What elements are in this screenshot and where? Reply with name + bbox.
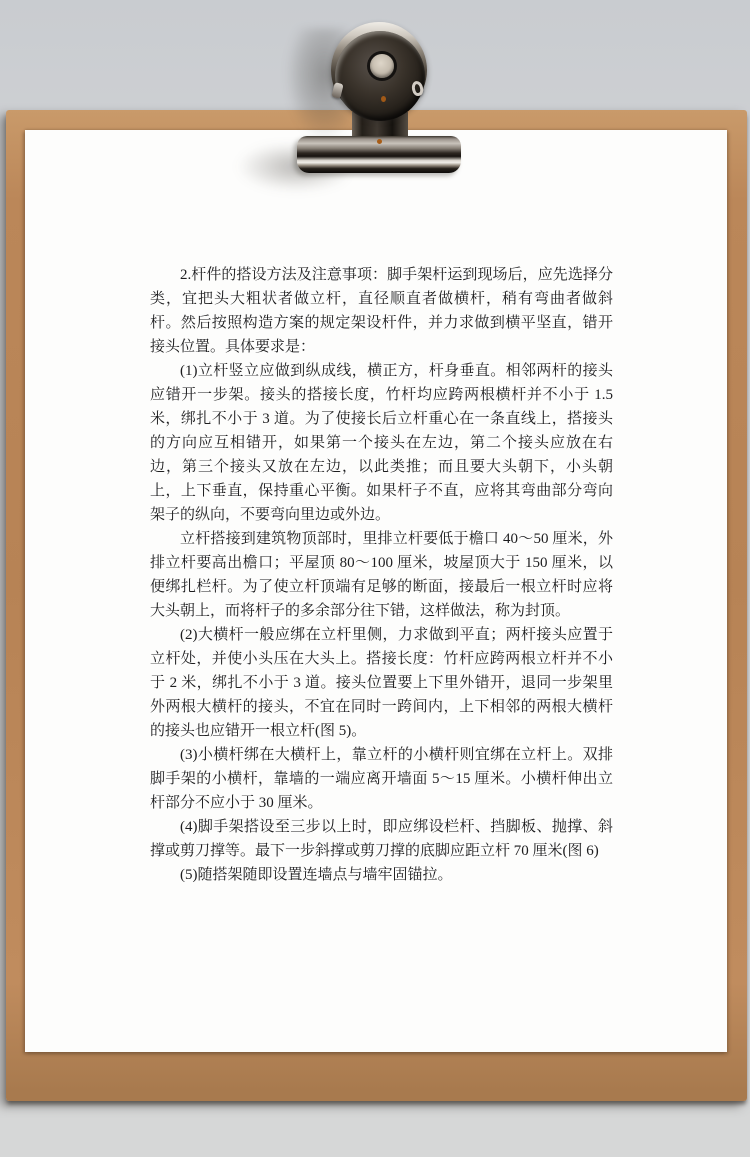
paragraph: (3)小横杆绑在大横杆上，靠立杆的小横杆则宜绑在立杆上。双排脚手架的小横杆，靠墙…: [150, 743, 613, 815]
clip-glint: [381, 96, 386, 102]
paragraph: (5)随搭架随即设置连墙点与墙牢固锚拉。: [150, 863, 613, 887]
photo-backdrop: 2.杆件的搭设方法及注意事项：脚手架杆运到现场后，应先选择分类，宜把头大粗状者做…: [0, 0, 750, 1157]
document-text: 2.杆件的搭设方法及注意事项：脚手架杆运到现场后，应先选择分类，宜把头大粗状者做…: [150, 263, 613, 887]
clip-rivet: [377, 139, 382, 144]
paragraph: (2)大横杆一般应绑在立杆里侧，力求做到平直；两杆接头应置于立杆处，并使小头压在…: [150, 623, 613, 743]
paragraph: 立杆搭接到建筑物顶部时，里排立杆要低于檐口 40～50 厘米，外排立杆要高出檐口…: [150, 527, 613, 623]
paragraph: 2.杆件的搭设方法及注意事项：脚手架杆运到现场后，应先选择分类，宜把头大粗状者做…: [150, 263, 613, 359]
paper-sheet: 2.杆件的搭设方法及注意事项：脚手架杆运到现场后，应先选择分类，宜把头大粗状者做…: [25, 130, 727, 1052]
paragraph: (4)脚手架搭设至三步以上时，即应绑设栏杆、挡脚板、抛撑、斜撑或剪刀撑等。最下一…: [150, 815, 613, 863]
clip-center-hole: [370, 54, 394, 78]
paragraph: (1)立杆竖立应做到纵成线，横正方，杆身垂直。相邻两杆的接头应错开一步架。接头的…: [150, 359, 613, 527]
